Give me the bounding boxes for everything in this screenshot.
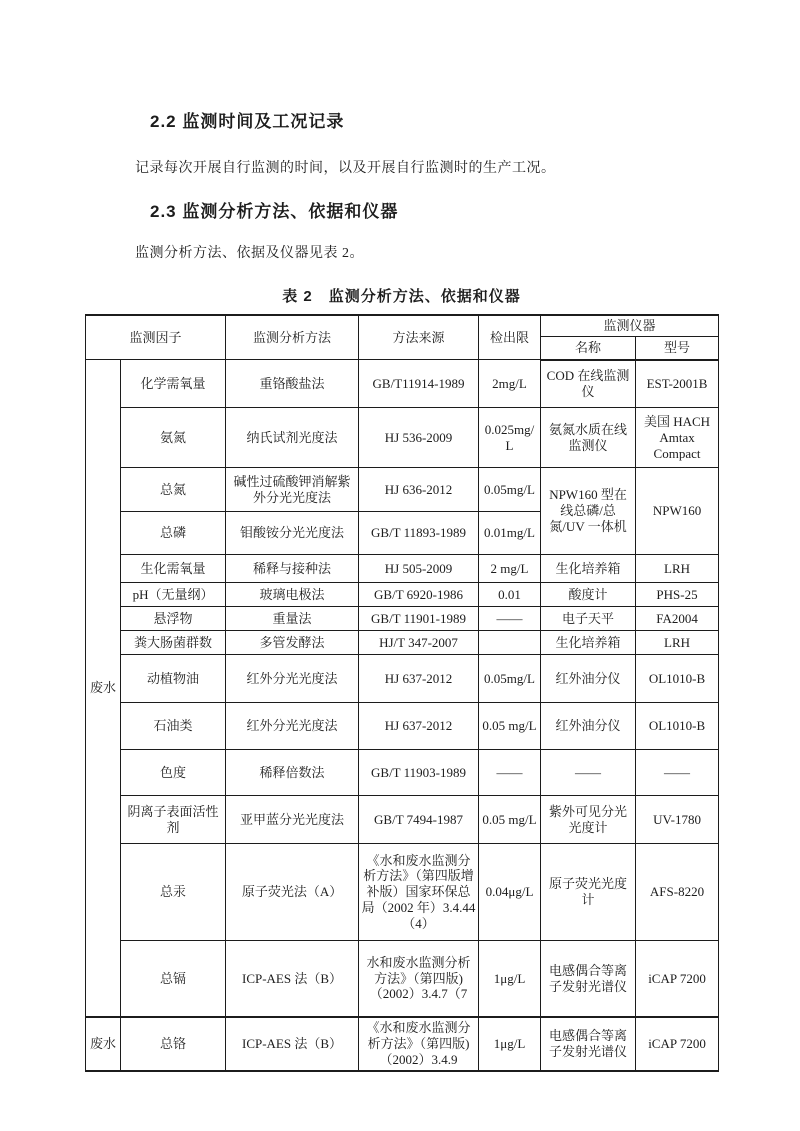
cell-source: GB/T 11893-1989 [359, 512, 479, 555]
cell-instrument-model: FA2004 [636, 607, 719, 631]
cell-factor: pH（无量纲） [121, 583, 226, 607]
cell-method: 纳氏试剂光度法 [226, 408, 359, 468]
cell-instrument-model: EST-2001B [636, 360, 719, 408]
group-label-wastewater-1: 废水 [86, 360, 121, 1017]
header-factor: 监测因子 [86, 315, 226, 360]
cell-factor: 化学需氧量 [121, 360, 226, 408]
cell-limit: —— [479, 750, 541, 796]
cell-instrument-name: COD 在线监测仪 [541, 360, 636, 408]
cell-instrument-name: 电子天平 [541, 607, 636, 631]
cell-limit: 2mg/L [479, 360, 541, 408]
cell-instrument-name: 生化培养箱 [541, 631, 636, 655]
cell-instrument-model: LRH [636, 555, 719, 583]
cell-instrument-name: NPW160 型在线总磷/总氮/UV 一体机 [541, 468, 636, 555]
cell-source: HJ 505-2009 [359, 555, 479, 583]
cell-method: 稀释倍数法 [226, 750, 359, 796]
cell-factor: 总磷 [121, 512, 226, 555]
table-row: 动植物油 红外分光光度法 HJ 637-2012 0.05mg/L 红外油分仪 … [86, 655, 719, 703]
cell-limit: 0.025mg/L [479, 408, 541, 468]
cell-source: GB/T11914-1989 [359, 360, 479, 408]
cell-method: 稀释与接种法 [226, 555, 359, 583]
table-row: pH（无量纲） 玻璃电极法 GB/T 6920-1986 0.01 酸度计 PH… [86, 583, 719, 607]
cell-instrument-name: 氨氮水质在线监测仪 [541, 408, 636, 468]
cell-instrument-model: NPW160 [636, 468, 719, 555]
cell-limit: 0.05mg/L [479, 468, 541, 512]
cell-instrument-name: 酸度计 [541, 583, 636, 607]
header-method: 监测分析方法 [226, 315, 359, 360]
cell-factor: 石油类 [121, 703, 226, 750]
cell-method: 玻璃电极法 [226, 583, 359, 607]
cell-method: 重量法 [226, 607, 359, 631]
cell-factor: 阴离子表面活性剂 [121, 796, 226, 844]
table-row: 总氮 碱性过硫酸钾消解紫外分光光度法 HJ 636-2012 0.05mg/L … [86, 468, 719, 512]
cell-factor: 色度 [121, 750, 226, 796]
paragraph-2-3: 监测分析方法、依据及仪器见表 2。 [135, 245, 800, 263]
cell-method: 亚甲蓝分光光度法 [226, 796, 359, 844]
cell-factor: 悬浮物 [121, 607, 226, 631]
cell-limit: 0.05mg/L [479, 655, 541, 703]
cell-source: 水和废水监测分析方法》（第四版)（2002）3.4.7（7 [359, 941, 479, 1017]
table-row: 粪大肠菌群数 多管发酵法 HJ/T 347-2007 生化培养箱 LRH [86, 631, 719, 655]
cell-source: 《水和废水监测分析方法》（第四版增补版）国家环保总局（2002 年）3.4.44… [359, 844, 479, 941]
cell-limit: —— [479, 607, 541, 631]
cell-method: 红外分光光度法 [226, 655, 359, 703]
cell-instrument-model: —— [636, 750, 719, 796]
monitoring-methods-table: 监测因子 监测分析方法 方法来源 检出限 监测仪器 名称 型号 废水 化学需氧量… [85, 314, 719, 1072]
paragraph-2-2: 记录每次开展自行监测的时间，以及开展自行监测时的生产工况。 [135, 160, 800, 178]
cell-method: 钼酸铵分光光度法 [226, 512, 359, 555]
cell-instrument-model: UV-1780 [636, 796, 719, 844]
cell-instrument-name: 红外油分仪 [541, 703, 636, 750]
cell-method: 多管发酵法 [226, 631, 359, 655]
cell-source: HJ 637-2012 [359, 703, 479, 750]
cell-instrument-name: 红外油分仪 [541, 655, 636, 703]
cell-instrument-model: AFS-8220 [636, 844, 719, 941]
cell-instrument-name: 电感偶合等离子发射光谱仪 [541, 1017, 636, 1071]
header-source: 方法来源 [359, 315, 479, 360]
cell-method: 红外分光光度法 [226, 703, 359, 750]
table-caption: 表 2 监测分析方法、依据和仪器 [85, 285, 718, 306]
table-row: 阴离子表面活性剂 亚甲蓝分光光度法 GB/T 7494-1987 0.05 mg… [86, 796, 719, 844]
cell-source: 《水和废水监测分析方法》（第四版)（2002）3.4.9 [359, 1017, 479, 1071]
table-row: 废水 化学需氧量 重铬酸盐法 GB/T11914-1989 2mg/L COD … [86, 360, 719, 408]
cell-instrument-name: 紫外可见分光光度计 [541, 796, 636, 844]
cell-factor: 总铬 [121, 1017, 226, 1071]
cell-factor: 氨氮 [121, 408, 226, 468]
header-instrument-name: 名称 [541, 337, 636, 360]
cell-method: ICP-AES 法（B） [226, 1017, 359, 1071]
cell-method: 原子荧光法（A） [226, 844, 359, 941]
cell-factor: 动植物油 [121, 655, 226, 703]
cell-instrument-model: OL1010-B [636, 703, 719, 750]
cell-method: 碱性过硫酸钾消解紫外分光光度法 [226, 468, 359, 512]
cell-source: GB/T 11903-1989 [359, 750, 479, 796]
table-row: 总汞 原子荧光法（A） 《水和废水监测分析方法》（第四版增补版）国家环保总局（2… [86, 844, 719, 941]
cell-factor: 总氮 [121, 468, 226, 512]
cell-limit: 2 mg/L [479, 555, 541, 583]
cell-factor: 生化需氧量 [121, 555, 226, 583]
table-row: 废水 总铬 ICP-AES 法（B） 《水和废水监测分析方法》（第四版)（200… [86, 1017, 719, 1071]
cell-source: HJ 536-2009 [359, 408, 479, 468]
cell-limit [479, 631, 541, 655]
cell-instrument-model: PHS-25 [636, 583, 719, 607]
table-row: 生化需氧量 稀释与接种法 HJ 505-2009 2 mg/L 生化培养箱 LR… [86, 555, 719, 583]
cell-source: HJ 637-2012 [359, 655, 479, 703]
group-label-wastewater-2: 废水 [86, 1017, 121, 1071]
header-instrument: 监测仪器 [541, 315, 719, 337]
cell-source: GB/T 11901-1989 [359, 607, 479, 631]
cell-instrument-model: 美国 HACH Amtax Compact [636, 408, 719, 468]
document-page: 2.2 监测时间及工况记录 记录每次开展自行监测的时间，以及开展自行监测时的生产… [0, 0, 800, 1131]
cell-instrument-model: LRH [636, 631, 719, 655]
cell-instrument-name: 电感偶合等离子发射光谱仪 [541, 941, 636, 1017]
section-heading-2-3: 2.3 监测分析方法、依据和仪器 [150, 202, 800, 222]
cell-instrument-name: 生化培养箱 [541, 555, 636, 583]
table-header-row-1: 监测因子 监测分析方法 方法来源 检出限 监测仪器 [86, 315, 719, 337]
cell-limit: 0.05 mg/L [479, 703, 541, 750]
cell-source: GB/T 6920-1986 [359, 583, 479, 607]
cell-method: ICP-AES 法（B） [226, 941, 359, 1017]
cell-method: 重铬酸盐法 [226, 360, 359, 408]
cell-instrument-name: 原子荧光光度计 [541, 844, 636, 941]
cell-limit: 0.01 [479, 583, 541, 607]
header-instrument-model: 型号 [636, 337, 719, 360]
table-row: 悬浮物 重量法 GB/T 11901-1989 —— 电子天平 FA2004 [86, 607, 719, 631]
cell-instrument-name: —— [541, 750, 636, 796]
cell-instrument-model: iCAP 7200 [636, 941, 719, 1017]
cell-source: HJ/T 347-2007 [359, 631, 479, 655]
cell-limit: 0.04μg/L [479, 844, 541, 941]
table-row: 色度 稀释倍数法 GB/T 11903-1989 —— —— —— [86, 750, 719, 796]
cell-limit: 1μg/L [479, 1017, 541, 1071]
cell-factor: 粪大肠菌群数 [121, 631, 226, 655]
cell-limit: 0.05 mg/L [479, 796, 541, 844]
cell-instrument-model: OL1010-B [636, 655, 719, 703]
cell-source: GB/T 7494-1987 [359, 796, 479, 844]
cell-instrument-model: iCAP 7200 [636, 1017, 719, 1071]
cell-limit: 0.01mg/L [479, 512, 541, 555]
cell-factor: 总镉 [121, 941, 226, 1017]
section-heading-2-2: 2.2 监测时间及工况记录 [150, 0, 800, 132]
table-row: 氨氮 纳氏试剂光度法 HJ 536-2009 0.025mg/L 氨氮水质在线监… [86, 408, 719, 468]
cell-limit: 1μg/L [479, 941, 541, 1017]
cell-factor: 总汞 [121, 844, 226, 941]
cell-source: HJ 636-2012 [359, 468, 479, 512]
table-row: 石油类 红外分光光度法 HJ 637-2012 0.05 mg/L 红外油分仪 … [86, 703, 719, 750]
table-row: 总镉 ICP-AES 法（B） 水和废水监测分析方法》（第四版)（2002）3.… [86, 941, 719, 1017]
header-limit: 检出限 [479, 315, 541, 360]
